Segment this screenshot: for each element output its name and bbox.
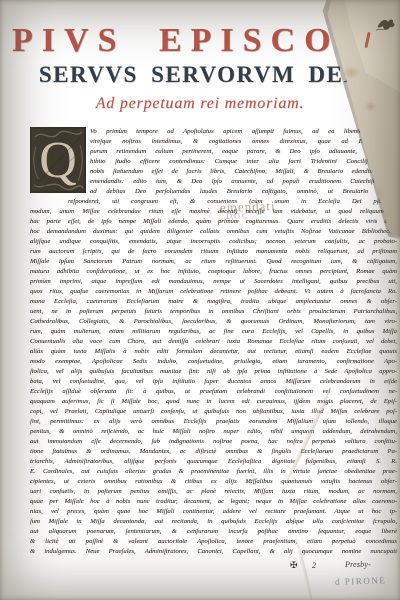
body-line: aliàs quàm iuxta Miſſalis à nobis editi … [30,347,397,357]
body-line: Miſſale ipſum Sanctorum Patrum normam, a… [30,257,397,267]
signature-row: ✠ 2 Presby- [30,560,397,572]
body-line: primùm imprimi, atque impreſſum edi mand… [30,277,397,287]
body-line: ſtolica, vel alijs quibuſuis facultatibu… [30,367,397,377]
body-line: quaquam auferimus, ſic ſi Miſſale hoc, q… [30,397,397,407]
body-line: matura adhibita conſideratione, ut ex ho… [30,267,397,277]
body-line: cipientes, ut ceteris omnibus rationibus… [30,477,397,487]
body-line: & licitè uti poſſint & valeant auctorita… [30,537,397,547]
body-line: uari conſuetis, in poſterum penitus omiſ… [30,487,397,497]
body-line: & indulgemus. Neue Praeſules, Adminiſtra… [30,547,397,557]
body-line: quae per Miſſale hoc à nobis nunc tradit… [30,497,397,507]
catchword: Presby- [345,560,371,569]
body-line: nias, vel preces, quàm quae hoc Miſſali … [30,507,397,517]
body-line: Eccleſijs aſſiduè obſeruata ſit: à quibu… [30,387,397,397]
body-line: rum, quàm mulierum, etiam militiarum reg… [30,327,397,337]
scanned-bull-page: PIVS EPISCOP SERVVS SERVORVM DEI. Ad per… [0,0,400,600]
body-line: penitus, & omninò reijciendo, ac huic Mi… [30,427,397,437]
body-line: tione ſtatuimus & ordinamus. Mandantes, … [30,447,397,457]
body-line: copi, vel Praelati, Capitulique uniuerſi… [30,407,397,417]
folded-page-corner [322,0,400,242]
body-line: aut immutandum eſſe decernendo, ſub indi… [30,437,397,447]
body-line: Cathedralibus, Collegiatis, & Parochiali… [30,317,397,327]
maltese-cross-icon: ✠ [290,560,298,571]
body-line: triarchis, Adminiſtratoribus, alijſque p… [30,457,397,467]
body-line: bata, vel conſuetudine, qua, vel ipſa in… [30,377,397,387]
signature-number: 2 [312,561,316,570]
body-line: quos ritus, quaſue caeremonias in Miſſar… [30,287,397,297]
body-line: mana Eccleſia, caeterarum Eccleſiarum ma… [30,297,397,307]
body-line: E. Cardinales, aut cuiuſuis alterius gra… [30,467,397,477]
body-line: Conuentualis alta voce cum Choro, aut de… [30,337,397,347]
body-line: ſum Miſſale in Miſſa decantanda, aut rec… [30,517,397,527]
drop-cap-woodcut: Q [30,127,86,193]
body-line: modo exemptae, Apoſtolicae Sedis indulto… [30,357,397,367]
body-line: uent, ne in poſterum perpetuis futuris t… [30,307,397,317]
body-line: ſint, permittimus: ex alijs verò omnibus… [30,417,397,427]
ink-blot-icon [374,14,398,39]
corner-stamp: d PIRONE [335,575,387,587]
body-line: aut aliquarum poenarum, ſententiarum, & … [30,527,397,537]
body-line: rum auctorum ſcriptis, qui de ſacro eoru… [30,247,397,257]
